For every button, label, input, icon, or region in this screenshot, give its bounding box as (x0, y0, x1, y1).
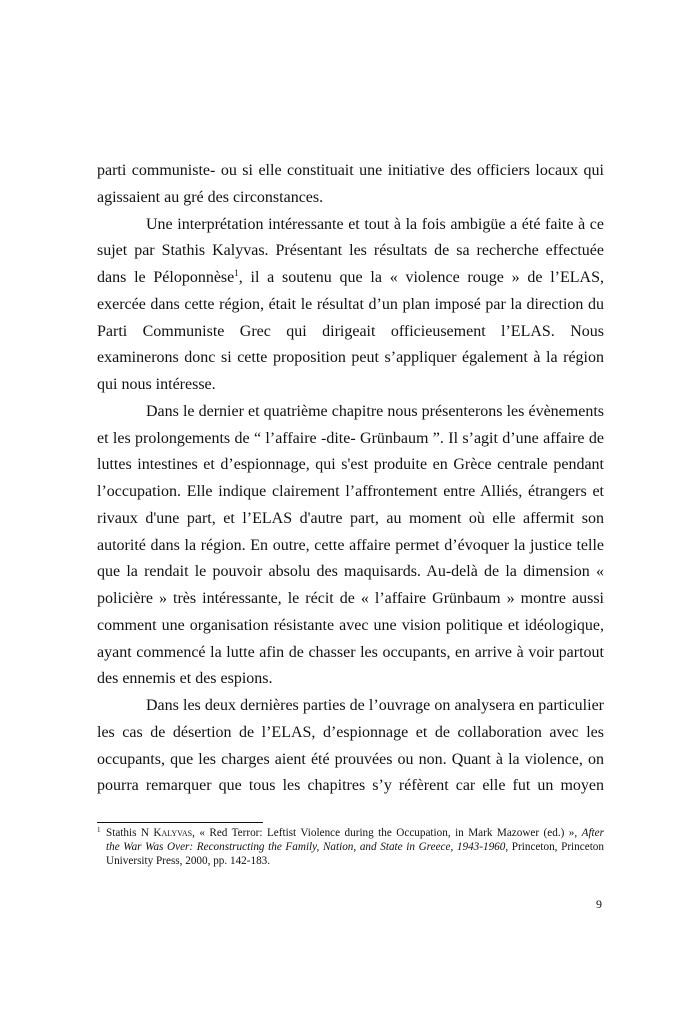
footnote-author-first: Stathis N (106, 827, 153, 839)
text-line: des ennemis et des espions. (97, 669, 604, 689)
footnote-line-3: University Press, 2000, pp. 142-183. (106, 854, 604, 868)
text-line: Dans le dernier et quatrième chapitre no… (146, 402, 604, 422)
footnote-separator (97, 822, 263, 823)
footnote-line-2: the War Was Over: Reconstructing the Fam… (106, 840, 604, 854)
text-line: les cas de désertion de l’ELAS, d’espion… (97, 723, 604, 743)
text-line: que la rendait le pouvoir absolu des maq… (97, 562, 604, 582)
text-line: sujet par Stathis Kalyvas. Présentant le… (97, 241, 604, 261)
text-segment: dans le Péloponnèse (97, 269, 234, 286)
text-line: Dans les deux dernières parties de l’ouv… (146, 696, 604, 716)
text-segment: , il a soutenu que la « violence rouge »… (239, 269, 604, 286)
text-line: agissaient au gré des circonstances. (97, 188, 604, 208)
document-page: parti communiste- ou si elle constituait… (0, 0, 700, 1028)
text-line: ayant commencé la lutte afin de chasser … (97, 643, 604, 663)
footnote-line-1: Stathis N Kalyvas, « Red Terror: Leftist… (106, 826, 604, 840)
footnote-author-last: Kalyvas (153, 827, 192, 839)
text-line: qui nous intéresse. (97, 375, 604, 395)
text-line: l’occupation. Elle indique clairement l’… (97, 482, 604, 502)
text-line: pourra remarquer que tous les chapitres … (97, 776, 604, 796)
text-line: examinerons donc si cette proposition pe… (97, 348, 604, 368)
footnote-marker: 1 (97, 826, 101, 834)
footnote-title-italic: the War Was Over: Reconstructing the Fam… (106, 841, 505, 853)
text-line: exercée dans cette région, était le résu… (97, 295, 604, 315)
text-line: et les prolongements de “ l’affaire -dit… (97, 429, 604, 449)
text-line: rivaux d'une part, et l’ELAS d'autre par… (97, 509, 604, 529)
text-line: Une interprétation intéressante et tout … (146, 215, 604, 235)
text-line: parti communiste- ou si elle constituait… (97, 161, 604, 181)
footnote-text: , Princeton, Princeton (505, 841, 604, 853)
text-line: dans le Péloponnèse1, il a soutenu que l… (97, 268, 604, 288)
text-line: Parti Communiste Grec qui dirigeait offi… (97, 322, 604, 342)
page-number: 9 (596, 897, 602, 912)
text-line: autorité dans la région. En outre, cette… (97, 536, 604, 556)
text-line: comment une organisation résistante avec… (97, 616, 604, 636)
text-line: occupants, que les charges aient été pro… (97, 750, 604, 770)
footnote-text: University Press, 2000, pp. 142-183. (106, 855, 270, 867)
text-line: luttes intestines et d’espionnage, qui s… (97, 455, 604, 475)
text-line: policière » très intéressante, le récit … (97, 589, 604, 609)
footnote-title-italic: After (582, 827, 604, 839)
footnote-text: , « Red Terror: Leftist Violence during … (192, 827, 582, 839)
